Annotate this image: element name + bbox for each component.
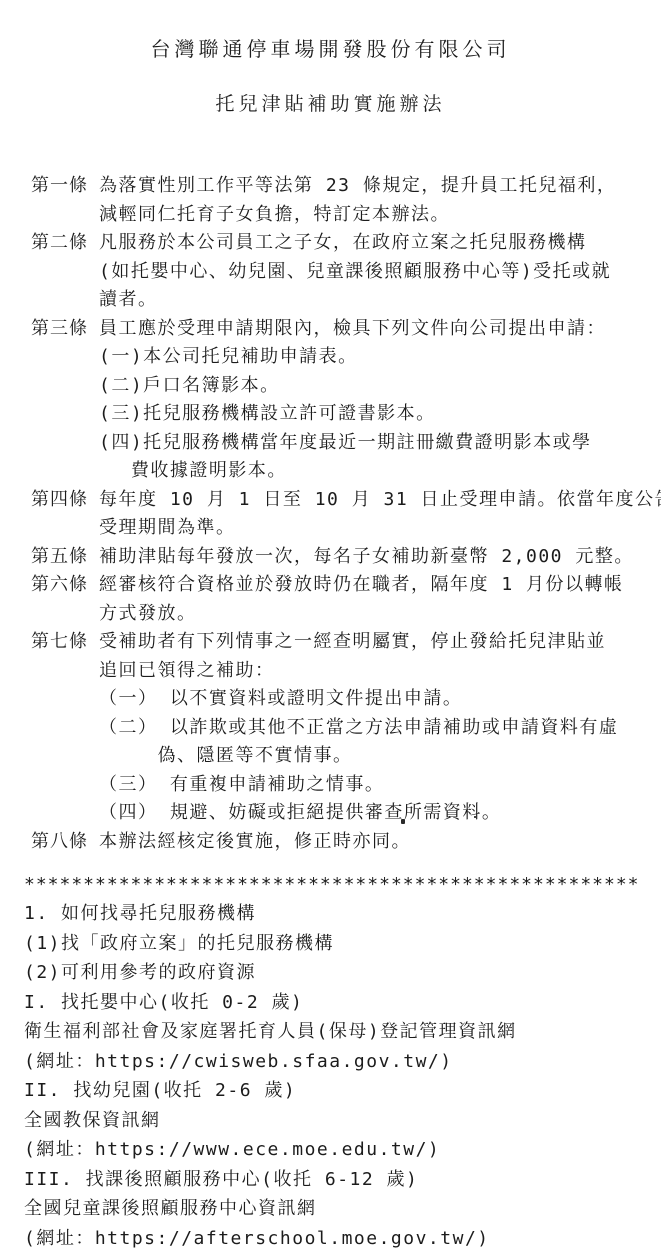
article-line: (一)本公司托兒補助申請表。 xyxy=(99,343,661,372)
appendix-line: 全國兒童課後照顧服務中心資訊網 xyxy=(24,1194,661,1224)
appendix-line: II. 找幼兒園(收托 2-6 歲) xyxy=(24,1076,661,1106)
appendix-line: 全國教保資訊網 xyxy=(24,1106,661,1136)
article: 第六條經審核符合資格並於發放時仍在職者，隔年度 1 月份以轉帳方式發放。 xyxy=(0,571,661,628)
appendix-line: 衛生福利部社會及家庭署托育人員(保母)登記管理資訊網 xyxy=(24,1017,661,1047)
article-line: 追回已領得之補助： xyxy=(99,657,661,686)
document-title: 托兒津貼補助實施辦法 xyxy=(0,89,661,116)
article-line: （三） 有重複申請補助之情事。 xyxy=(99,771,661,800)
article: 第八條本辦法經核定後實施，修正時亦同。 xyxy=(0,828,661,857)
article: 第四條每年度 10 月 1 日至 10 月 31 日止受理申請。依當年度公告受理… xyxy=(0,486,661,543)
appendix-line: (網址：https://cwisweb.sfaa.gov.tw/) xyxy=(24,1047,661,1077)
appendix-line: (2)可利用參考的政府資源 xyxy=(24,958,661,988)
article: 第三條員工應於受理申請期限內，檢具下列文件向公司提出申請：(一)本公司托兒補助申… xyxy=(0,315,661,486)
article-line: 本辦法經核定後實施，修正時亦同。 xyxy=(99,828,661,857)
article-line: 員工應於受理申請期限內，檢具下列文件向公司提出申請： xyxy=(99,315,661,344)
article-line: (如托嬰中心、幼兒園、兒童課後照顧服務中心等)受托或就 xyxy=(99,258,661,287)
article-line: (三)托兒服務機構設立許可證書影本。 xyxy=(99,400,661,429)
article-body: 員工應於受理申請期限內，檢具下列文件向公司提出申請：(一)本公司托兒補助申請表。… xyxy=(99,315,661,486)
document-page: 台灣聯通停車場開發股份有限公司 托兒津貼補助實施辦法 第一條為落實性別工作平等法… xyxy=(0,0,661,1255)
appendix-line: (網址：https://afterschool.moe.gov.tw/) xyxy=(24,1224,661,1254)
article-number: 第七條 xyxy=(31,628,99,828)
article-number: 第三條 xyxy=(31,315,99,486)
article-line: （二） 以詐欺或其他不正當之方法申請補助或申請資料有虛 xyxy=(99,714,661,743)
article-line: （一） 以不實資料或證明文件提出申請。 xyxy=(99,685,661,714)
article-line: 受理期間為準。 xyxy=(99,514,661,543)
article-line: (四)托兒服務機構當年度最近一期註冊繳費證明影本或學 xyxy=(99,429,661,458)
article-line: 減輕同仁托育子女負擔，特訂定本辦法。 xyxy=(99,201,661,230)
separator-line: ****************************************… xyxy=(24,870,661,899)
article: 第二條凡服務於本公司員工之子女，在政府立案之托兒服務機構(如托嬰中心、幼兒園、兒… xyxy=(0,229,661,315)
article-line: 為落實性別工作平等法第 23 條規定，提升員工托兒福利， xyxy=(99,172,661,201)
article-body: 凡服務於本公司員工之子女，在政府立案之托兒服務機構(如托嬰中心、幼兒園、兒童課後… xyxy=(99,229,661,315)
appendix-line: (1)找「政府立案」的托兒服務機構 xyxy=(24,929,661,959)
article-number: 第八條 xyxy=(31,828,99,857)
article: 第五條補助津貼每年發放一次，每名子女補助新臺幣 2,000 元整。 xyxy=(0,543,661,572)
article-body: 補助津貼每年發放一次，每名子女補助新臺幣 2,000 元整。 xyxy=(99,543,661,572)
article-body: 受補助者有下列情事之一經查明屬實，停止發給托兒津貼並追回已領得之補助：（一） 以… xyxy=(99,628,661,828)
appendix-section: 1. 如何找尋托兒服務機構(1)找「政府立案」的托兒服務機構(2)可利用參考的政… xyxy=(24,899,661,1253)
article-line: 費收據證明影本。 xyxy=(99,457,661,486)
scan-artifact-dot xyxy=(474,816,476,818)
article-line: 受補助者有下列情事之一經查明屬實，停止發給托兒津貼並 xyxy=(99,628,661,657)
article-number: 第四條 xyxy=(31,486,99,543)
appendix-line: III. 找課後照顧服務中心(收托 6-12 歲) xyxy=(24,1165,661,1195)
appendix-line: (網址：https://www.ece.moe.edu.tw/) xyxy=(24,1135,661,1165)
article-body: 每年度 10 月 1 日至 10 月 31 日止受理申請。依當年度公告受理期間為… xyxy=(99,486,661,543)
scan-artifact-mark xyxy=(401,819,405,824)
article-number: 第五條 xyxy=(31,543,99,572)
articles-section: 第一條為落實性別工作平等法第 23 條規定，提升員工托兒福利，減輕同仁托育子女負… xyxy=(0,172,661,856)
article-number: 第一條 xyxy=(31,172,99,229)
article-body: 為落實性別工作平等法第 23 條規定，提升員工托兒福利，減輕同仁托育子女負擔，特… xyxy=(99,172,661,229)
article-line: 讀者。 xyxy=(99,286,661,315)
article-line: 凡服務於本公司員工之子女，在政府立案之托兒服務機構 xyxy=(99,229,661,258)
appendix-line: 1. 如何找尋托兒服務機構 xyxy=(24,899,661,929)
article-line: （四） 規避、妨礙或拒絕提供審查所需資料。 xyxy=(99,799,661,828)
article-line: (二)戶口名簿影本。 xyxy=(99,372,661,401)
article-line: 補助津貼每年發放一次，每名子女補助新臺幣 2,000 元整。 xyxy=(99,543,661,572)
article: 第七條受補助者有下列情事之一經查明屬實，停止發給托兒津貼並追回已領得之補助：（一… xyxy=(0,628,661,828)
article-line: 方式發放。 xyxy=(99,600,661,629)
article-line: 每年度 10 月 1 日至 10 月 31 日止受理申請。依當年度公告 xyxy=(99,486,661,515)
article: 第一條為落實性別工作平等法第 23 條規定，提升員工托兒福利，減輕同仁托育子女負… xyxy=(0,172,661,229)
article-number: 第六條 xyxy=(31,571,99,628)
article-body: 經審核符合資格並於發放時仍在職者，隔年度 1 月份以轉帳方式發放。 xyxy=(99,571,661,628)
article-line: 偽、隱匿等不實情事。 xyxy=(99,742,661,771)
appendix-line: I. 找托嬰中心(收托 0-2 歲) xyxy=(24,988,661,1018)
article-number: 第二條 xyxy=(31,229,99,315)
article-line: 經審核符合資格並於發放時仍在職者，隔年度 1 月份以轉帳 xyxy=(99,571,661,600)
company-title: 台灣聯通停車場開發股份有限公司 xyxy=(0,0,661,62)
article-body: 本辦法經核定後實施，修正時亦同。 xyxy=(99,828,661,857)
